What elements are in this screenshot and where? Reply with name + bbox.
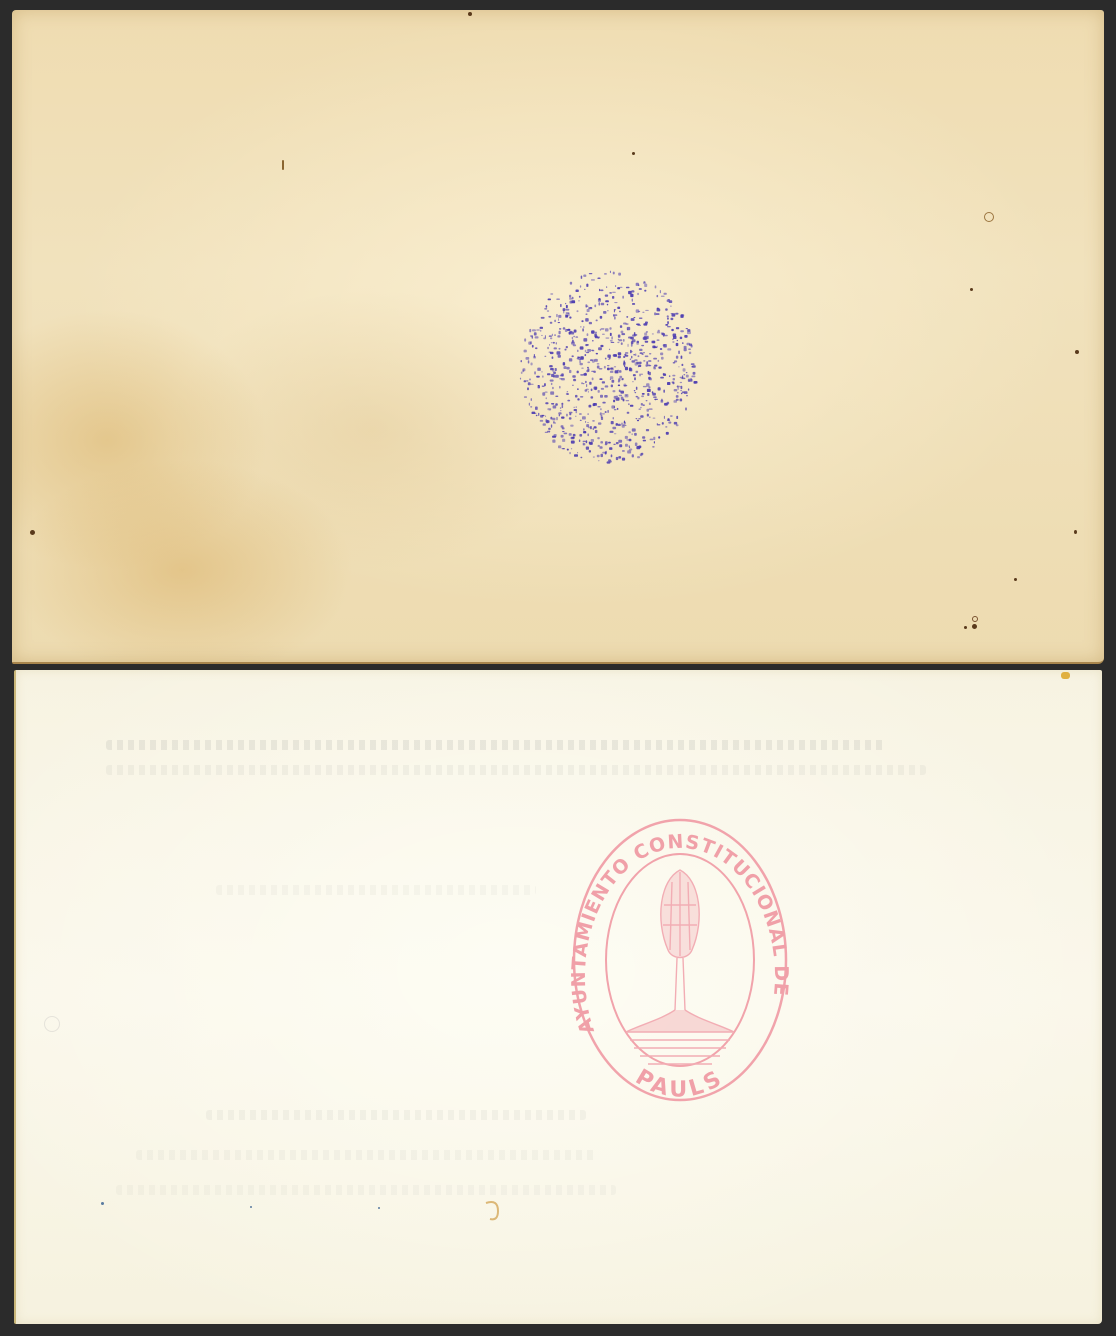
paper-fiber-mark — [476, 1195, 506, 1225]
foxing-spot — [1074, 530, 1077, 534]
foxing-spot — [964, 626, 967, 629]
svg-text:PAULS: PAULS — [631, 1065, 729, 1103]
faint-print-line — [106, 765, 926, 775]
foxing-spot — [972, 624, 977, 629]
oval-seal-stamp: AYUNTAMIENTO CONSTITUCIONAL DE PAULS — [560, 810, 800, 1110]
foxing-spot — [632, 152, 635, 155]
bottom-note: AYUNTAMIENTO CONSTITUCIONAL DE PAULS — [14, 670, 1102, 1324]
top-note — [12, 10, 1104, 664]
ink-speck — [44, 1016, 60, 1032]
foxing-spot — [282, 160, 284, 170]
blue-ink-stamp — [512, 266, 702, 466]
ink-speck — [378, 1207, 380, 1209]
ink-speck — [250, 1206, 252, 1208]
faint-print-line — [136, 1150, 596, 1160]
seal-text-bottom: PAULS — [631, 1065, 729, 1103]
foxing-spot — [468, 12, 472, 16]
faint-print-line — [106, 740, 886, 750]
foxing-spot — [1014, 578, 1017, 581]
foxing-spot — [1075, 350, 1079, 354]
ink-speck — [1061, 672, 1070, 679]
foxing-spot — [984, 212, 994, 222]
foxing-spot — [972, 616, 978, 622]
palm-tree-icon — [626, 870, 734, 1064]
faint-print-line — [206, 1110, 586, 1120]
faint-print-line — [216, 885, 536, 895]
foxing-spot — [30, 530, 35, 535]
foxing-spot — [970, 288, 973, 291]
ink-speck — [101, 1202, 104, 1205]
faint-print-line — [116, 1185, 616, 1195]
